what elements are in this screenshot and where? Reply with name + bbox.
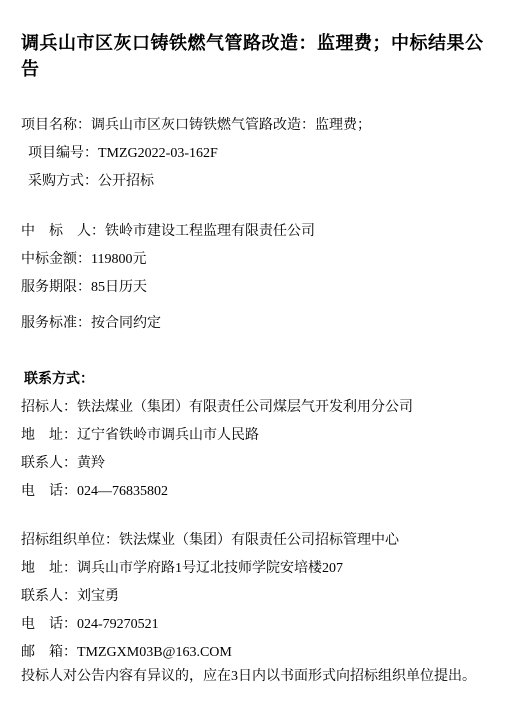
section-project-info: 项目名称：调兵山市区灰口铸铁燃气管路改造：监理费； 项目编号：TMZG2022-… <box>21 112 498 196</box>
line-tenderer: 招标人：铁法煤业（集团）有限责任公司煤层气开发利用分公司 <box>21 394 498 422</box>
service-period-value: 85日历天 <box>91 280 147 295</box>
line-winner: 中 标 人：铁岭市建设工程监理有限责任公司 <box>21 218 498 246</box>
organizer-email-value: TMZGXM03B@163.COM <box>77 645 232 660</box>
line-organizer-email: 邮 箱：TMZGXM03B@163.COM <box>21 639 498 667</box>
line-service-standard: 服务标准：按合同约定 <box>21 310 498 338</box>
organizer-phone-label: 电 话： <box>21 617 77 632</box>
project-name-value: 调兵山市区灰口铸铁燃气管路改造：监理费； <box>91 118 371 133</box>
organizer-contact-person-value: 刘宝勇 <box>77 589 119 604</box>
line-organizer-phone: 电 话：024-79270521 <box>21 611 498 639</box>
line-organizer-contact-person: 联系人：刘宝勇 <box>21 583 498 611</box>
contact-heading: 联系方式： <box>21 366 498 394</box>
line-service-period: 服务期限：85日历天 <box>21 274 498 302</box>
winner-label: 中 标 人： <box>21 224 105 239</box>
tenderer-address-value: 辽宁省铁岭市调兵山市人民路 <box>77 428 259 443</box>
tenderer-phone-value: 024—76835802 <box>77 484 168 499</box>
procurement-method-label: 采购方式： <box>28 174 98 189</box>
winner-value: 铁岭市建设工程监理有限责任公司 <box>105 224 315 239</box>
line-tenderer-address: 地 址：辽宁省铁岭市调兵山市人民路 <box>21 422 498 450</box>
service-standard-value: 按合同约定 <box>91 316 161 331</box>
page-title: 调兵山市区灰口铸铁燃气管路改造：监理费；中标结果公告 <box>21 30 498 82</box>
organizer-phone-value: 024-79270521 <box>77 617 159 632</box>
award-amount-value: 119800元 <box>91 252 146 267</box>
organizer-address-label: 地 址： <box>21 561 77 576</box>
tenderer-value: 铁法煤业（集团）有限责任公司煤层气开发利用分公司 <box>77 400 413 415</box>
line-procurement-method: 采购方式：公开招标 <box>21 168 498 196</box>
line-tenderer-phone: 电 话：024—76835802 <box>21 478 498 506</box>
tenderer-contact-person-value: 黄羚 <box>77 456 105 471</box>
project-number-label: 项目编号： <box>28 146 98 161</box>
line-organizer-address: 地 址：调兵山市学府路1号辽北技师学院安培楼207 <box>21 555 498 583</box>
organizer-address-value: 调兵山市学府路1号辽北技师学院安培楼207 <box>77 561 343 576</box>
tenderer-contact-person-label: 联系人： <box>21 456 77 471</box>
service-standard-label: 服务标准： <box>21 316 91 331</box>
line-organizer-unit: 招标组织单位：铁法煤业（集团）有限责任公司招标管理中心 <box>21 527 498 555</box>
project-name-label: 项目名称： <box>21 118 91 133</box>
line-award-amount: 中标金额：119800元 <box>21 246 498 274</box>
service-period-label: 服务期限： <box>21 280 91 295</box>
section-contact-info: 联系方式： 招标人：铁法煤业（集团）有限责任公司煤层气开发利用分公司 地 址：辽… <box>21 366 498 506</box>
line-project-number: 项目编号：TMZG2022-03-162F <box>21 140 498 168</box>
organizer-unit-label: 招标组织单位： <box>21 533 119 548</box>
project-number-value: TMZG2022-03-162F <box>98 146 218 161</box>
section-organizer-info: 招标组织单位：铁法煤业（集团）有限责任公司招标管理中心 地 址：调兵山市学府路1… <box>21 527 498 690</box>
award-amount-label: 中标金额： <box>21 252 91 267</box>
announcement-document: 调兵山市区灰口铸铁燃气管路改造：监理费；中标结果公告 项目名称：调兵山市区灰口铸… <box>0 0 516 690</box>
procurement-method-value: 公开招标 <box>98 174 154 189</box>
tenderer-phone-label: 电 话： <box>21 484 77 499</box>
line-tenderer-contact-person: 联系人：黄羚 <box>21 450 498 478</box>
organizer-unit-value: 铁法煤业（集团）有限责任公司招标管理中心 <box>119 533 399 548</box>
line-project-name: 项目名称：调兵山市区灰口铸铁燃气管路改造：监理费； <box>21 112 498 140</box>
tenderer-address-label: 地 址： <box>21 428 77 443</box>
section-award-result: 中 标 人：铁岭市建设工程监理有限责任公司 中标金额：119800元 服务期限：… <box>21 218 498 338</box>
objection-notice-text: 投标人对公告内容有异议的，应在3日内以书面形式向招标组织单位提出。 <box>21 664 498 690</box>
organizer-email-label: 邮 箱： <box>21 645 77 660</box>
tenderer-label: 招标人： <box>21 400 77 415</box>
organizer-contact-person-label: 联系人： <box>21 589 77 604</box>
